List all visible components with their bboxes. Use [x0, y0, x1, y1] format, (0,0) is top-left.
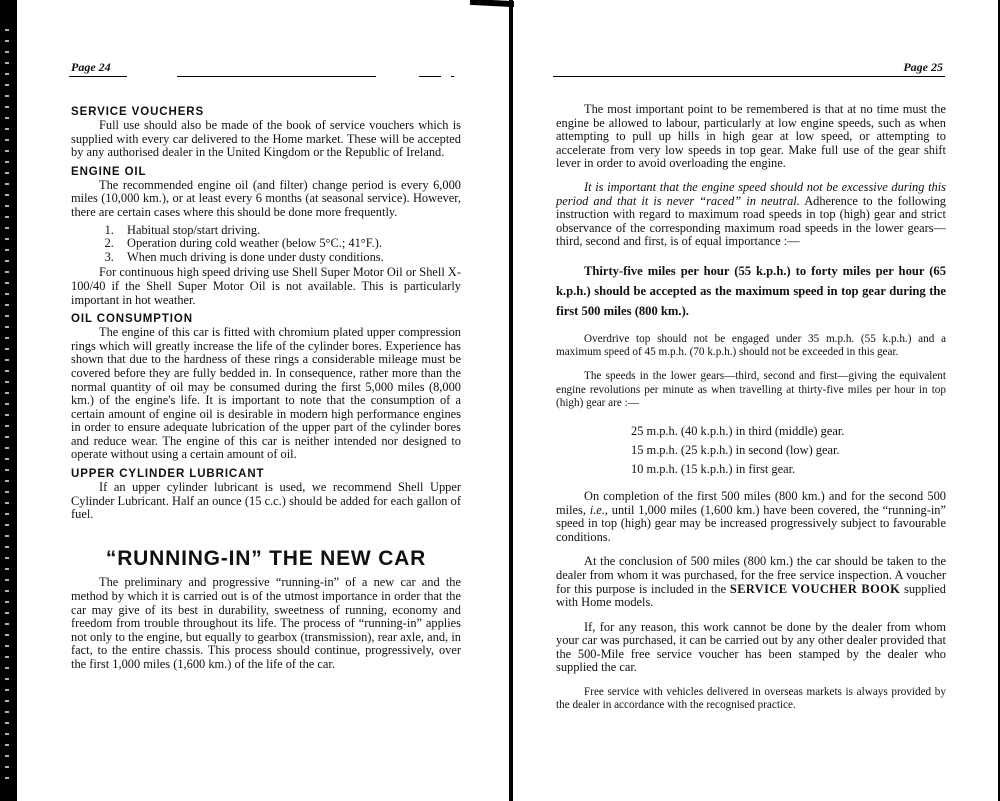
- list-item: Habitual stop/start driving.: [117, 224, 461, 238]
- chapter-title: “RUNNING-IN” THE NEW CAR: [71, 552, 461, 566]
- paragraph: The most important point to be remembere…: [556, 103, 946, 171]
- page-header: Page 25: [553, 60, 945, 78]
- paragraph: For continuous high speed driving use Sh…: [71, 266, 461, 307]
- paragraph: At the conclusion of 500 miles (800 km.)…: [556, 555, 946, 609]
- paragraph: The recommended engine oil (and filter) …: [71, 179, 461, 220]
- page-number: Page 24: [69, 60, 113, 74]
- paragraph: If an upper cylinder lubricant is used, …: [71, 481, 461, 522]
- italic-emphasis: i.e.: [590, 503, 605, 517]
- paragraph: Full use should also be made of the book…: [71, 119, 461, 160]
- header-rule: [69, 76, 461, 77]
- page-body: SERVICE VOUCHERS Full use should also be…: [71, 106, 461, 672]
- paragraph: It is important that the engine speed sh…: [556, 181, 946, 249]
- page-number: Page 25: [901, 60, 945, 74]
- bold-instruction: Thirty-five miles per hour (55 k.p.h.) t…: [556, 261, 946, 321]
- paragraph: If, for any reason, this work cannot be …: [556, 621, 946, 675]
- paragraph: Free service with vehicles delivered in …: [556, 686, 946, 712]
- caps-emphasis: SERVICE VOUCHER BOOK: [730, 582, 900, 596]
- scan-edge-left: [0, 0, 17, 801]
- page-header: Page 24: [69, 60, 461, 78]
- page-25: Page 25 The most important point to be r…: [513, 0, 998, 801]
- paragraph-text: , until 1,000 miles (1,600 km.) have bee…: [556, 503, 946, 544]
- paragraph: The preliminary and progressive “running…: [71, 576, 461, 671]
- oil-change-conditions-list: Habitual stop/start driving. Operation d…: [71, 224, 461, 265]
- gear-speed-item: 10 m.p.h. (15 k.p.h.) in first gear.: [631, 460, 946, 479]
- gear-speed-list: 25 m.p.h. (40 k.p.h.) in third (middle) …: [631, 422, 946, 479]
- page-24: Page 24 SERVICE VOUCHERS Full use should…: [17, 0, 509, 801]
- gear-speed-item: 15 m.p.h. (25 k.p.h.) in second (low) ge…: [631, 441, 946, 460]
- section-heading-engine-oil: ENGINE OIL: [71, 166, 461, 179]
- list-item: When much driving is done under dusty co…: [117, 251, 461, 265]
- gear-speed-item: 25 m.p.h. (40 k.p.h.) in third (middle) …: [631, 422, 946, 441]
- paragraph: Overdrive top should not be engaged unde…: [556, 333, 946, 359]
- paragraph: On completion of the first 500 miles (80…: [556, 490, 946, 544]
- paragraph: The speeds in the lower gears—third, sec…: [556, 370, 946, 410]
- paragraph: The engine of this car is fitted with ch…: [71, 326, 461, 462]
- page-body: The most important point to be remembere…: [556, 103, 946, 712]
- list-item: Operation during cold weather (below 5°C…: [117, 237, 461, 251]
- header-rule: [553, 76, 945, 77]
